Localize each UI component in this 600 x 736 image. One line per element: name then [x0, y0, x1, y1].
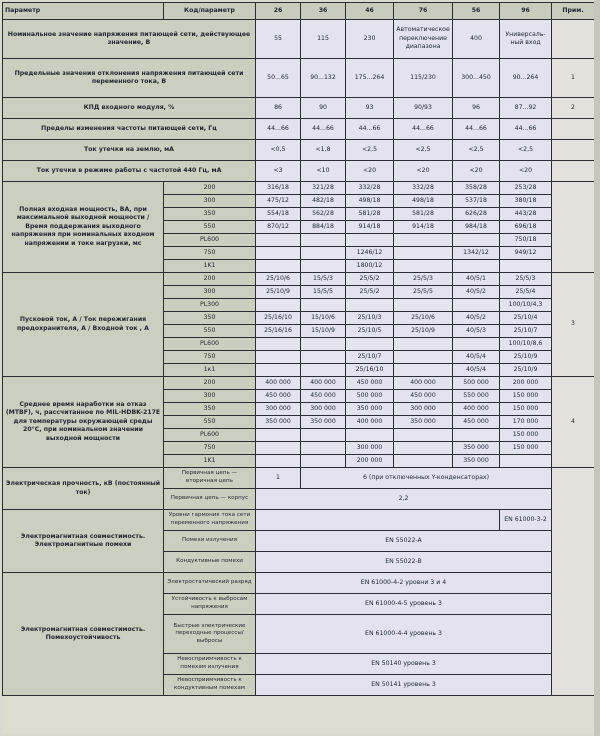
- value-cell: 25/5/4: [500, 286, 552, 299]
- value-cell: 1342/12: [453, 247, 500, 260]
- value-cell: 90...132: [301, 59, 346, 98]
- value-cell: 380/18: [500, 195, 552, 208]
- value-cell: Универсаль-ный вход: [500, 20, 552, 59]
- value-cell: 350 000: [453, 442, 500, 455]
- header-notes: Прим.: [552, 3, 595, 20]
- value-cell: 25/5/2: [346, 286, 394, 299]
- code-cell: Уровни гармоник тока сети переменного на…: [164, 510, 256, 531]
- note-cell: [552, 20, 595, 59]
- code-cell: 350: [164, 312, 256, 325]
- value-cell: 400 000: [346, 416, 394, 429]
- value-cell: <2,5: [394, 140, 453, 161]
- value-cell: 914/18: [346, 221, 394, 234]
- value-cell: 1246/12: [346, 247, 394, 260]
- value-cell: 537/18: [453, 195, 500, 208]
- value-cell: <0,5: [256, 140, 301, 161]
- value-cell: EN 61000-4-2 уровни 3 и 4: [256, 573, 552, 594]
- header-model: 76: [394, 3, 453, 20]
- value-cell: 40/5/3: [453, 325, 500, 338]
- code-cell: 300: [164, 195, 256, 208]
- value-cell: [301, 429, 346, 442]
- value-cell: [256, 510, 500, 531]
- note-cell: 3: [552, 273, 595, 377]
- value-cell: 44...66: [346, 119, 394, 140]
- value-cell: [301, 299, 346, 312]
- value-cell: 443/28: [500, 208, 552, 221]
- value-cell: [394, 455, 453, 468]
- value-cell: Автоматическое переключение диапазона: [394, 20, 453, 59]
- value-cell: [256, 260, 301, 273]
- code-cell: 200: [164, 377, 256, 390]
- value-cell: 450 000: [256, 390, 301, 403]
- code-cell: PL600: [164, 234, 256, 247]
- page-edge: [594, 0, 600, 736]
- value-cell: 300 000: [394, 403, 453, 416]
- param-label: Номинальное значение напряжения питающей…: [3, 20, 256, 59]
- value-cell: 15/5/5: [301, 286, 346, 299]
- value-cell: <1,8: [301, 140, 346, 161]
- code-cell: 1K1: [164, 455, 256, 468]
- value-cell: [394, 351, 453, 364]
- table-row: Электромагнитная совместимость. Помехоус…: [3, 573, 595, 594]
- header-model: 36: [301, 3, 346, 20]
- value-cell: 500 000: [346, 390, 394, 403]
- value-cell: 115: [301, 20, 346, 59]
- spec-sheet: ПараметрКод/параметр263646765696Прим.Ном…: [2, 2, 594, 734]
- value-cell: 300 000: [301, 403, 346, 416]
- value-cell: [394, 260, 453, 273]
- param-label: КПД входного модуля, %: [3, 98, 256, 119]
- code-cell: Первичная цепь — вторичная цепь: [164, 468, 256, 489]
- value-cell: 150 000: [500, 390, 552, 403]
- value-cell: 498/18: [394, 195, 453, 208]
- code-cell: Невосприимчивость к помехам излучения: [164, 654, 256, 675]
- value-cell: [394, 299, 453, 312]
- value-cell: EN 55022-B: [256, 552, 552, 573]
- value-cell: 86: [256, 98, 301, 119]
- value-cell: [256, 429, 301, 442]
- code-cell: 550: [164, 221, 256, 234]
- value-cell: [500, 455, 552, 468]
- value-cell: 949/12: [500, 247, 552, 260]
- value-cell: 44...66: [301, 119, 346, 140]
- table-row: Полная входная мощность, ВА, при максима…: [3, 182, 595, 195]
- value-cell: 150 000: [500, 442, 552, 455]
- header-model: 46: [346, 3, 394, 20]
- header-param: Параметр: [3, 3, 164, 20]
- value-cell: 253/28: [500, 182, 552, 195]
- note-cell: 1: [552, 59, 595, 98]
- code-cell: 750: [164, 247, 256, 260]
- value-cell: 15/5/3: [301, 273, 346, 286]
- param-label: Пределы изменения частоты питающей сети,…: [3, 119, 256, 140]
- code-cell: 300: [164, 390, 256, 403]
- code-cell: 550: [164, 416, 256, 429]
- value-cell: 44...66: [256, 119, 301, 140]
- value-cell: EN 50140 уровень 3: [256, 654, 552, 675]
- spec-table: ПараметрКод/параметр263646765696Прим.Ном…: [2, 2, 595, 696]
- header-model: 26: [256, 3, 301, 20]
- value-cell: 40/5/2: [453, 286, 500, 299]
- value-cell: [394, 234, 453, 247]
- value-cell: 44...66: [453, 119, 500, 140]
- value-cell: 1800/12: [346, 260, 394, 273]
- value-cell: 984/18: [453, 221, 500, 234]
- code-cell: Кондуктивные помехи: [164, 552, 256, 573]
- table-row: Электрическая прочность, кВ (постоянный …: [3, 468, 595, 489]
- table-row: Пусковой ток, А / Ток пережигания предох…: [3, 273, 595, 286]
- value-cell: 400 000: [394, 377, 453, 390]
- value-cell: 321/28: [301, 182, 346, 195]
- value-cell: 200 000: [346, 455, 394, 468]
- value-cell: [301, 338, 346, 351]
- code-cell: 350: [164, 208, 256, 221]
- value-cell: 884/18: [301, 221, 346, 234]
- value-cell: [301, 364, 346, 377]
- note-cell: 4: [552, 377, 595, 468]
- value-cell: 25/10/4: [500, 312, 552, 325]
- value-cell: 400 000: [256, 377, 301, 390]
- value-cell: 44...66: [394, 119, 453, 140]
- value-cell: EN 61000-4-4 уровень 3: [256, 615, 552, 654]
- value-cell: 332/28: [346, 182, 394, 195]
- value-cell: <2,5: [346, 140, 394, 161]
- table-row: Предельные значения отклонения напряжени…: [3, 59, 595, 98]
- table-row: Пределы изменения частоты питающей сети,…: [3, 119, 595, 140]
- value-cell: [453, 260, 500, 273]
- value-cell: 2,2: [256, 489, 552, 510]
- value-cell: [394, 442, 453, 455]
- value-cell: 40/5/1: [453, 273, 500, 286]
- value-cell: 581/28: [394, 208, 453, 221]
- value-cell: [453, 429, 500, 442]
- value-cell: 350 000: [453, 455, 500, 468]
- code-cell: PL600: [164, 429, 256, 442]
- value-cell: [256, 455, 301, 468]
- value-cell: [301, 247, 346, 260]
- value-cell: 6 (при отключенных Y-конденсаторах): [301, 468, 552, 489]
- header-model: 96: [500, 3, 552, 20]
- code-cell: Невосприимчивость к кондуктивным помехам: [164, 675, 256, 696]
- value-cell: 44...66: [500, 119, 552, 140]
- param-label: Предельные значения отклонения напряжени…: [3, 59, 256, 98]
- value-cell: 40/5/4: [453, 351, 500, 364]
- value-cell: 300 000: [256, 403, 301, 416]
- table-row: КПД входного модуля, %86909390/939687...…: [3, 98, 595, 119]
- note-cell: 2: [552, 98, 595, 119]
- value-cell: 500 000: [453, 377, 500, 390]
- value-cell: 25/16/10: [256, 312, 301, 325]
- param-label: Ток утечки на землю, мА: [3, 140, 256, 161]
- code-cell: 300: [164, 286, 256, 299]
- value-cell: [256, 442, 301, 455]
- value-cell: 450 000: [453, 416, 500, 429]
- table-row: Ток утечки в режиме работы с частотой 44…: [3, 161, 595, 182]
- value-cell: [256, 247, 301, 260]
- value-cell: 170 000: [500, 416, 552, 429]
- note-cell: [552, 468, 595, 696]
- value-cell: 475/12: [256, 195, 301, 208]
- value-cell: 90: [301, 98, 346, 119]
- value-cell: EN 61000-4-5 уровень 3: [256, 594, 552, 615]
- value-cell: 25/5/3: [500, 273, 552, 286]
- value-cell: 100/10/4,3: [500, 299, 552, 312]
- value-cell: 400 000: [453, 403, 500, 416]
- header-code: Код/параметр: [164, 3, 256, 20]
- value-cell: 25/5/2: [346, 273, 394, 286]
- table-row: Ток утечки на землю, мА<0,5<1,8<2,5<2,5<…: [3, 140, 595, 161]
- code-cell: 350: [164, 403, 256, 416]
- value-cell: 90/93: [394, 98, 453, 119]
- value-cell: 25/10/9: [256, 286, 301, 299]
- value-cell: 450 000: [394, 390, 453, 403]
- value-cell: 200 000: [500, 377, 552, 390]
- code-cell: PL600: [164, 338, 256, 351]
- value-cell: 358/28: [453, 182, 500, 195]
- value-cell: [301, 234, 346, 247]
- code-cell: 1K1: [164, 260, 256, 273]
- code-cell: 550: [164, 325, 256, 338]
- value-cell: 25/16/16: [256, 325, 301, 338]
- value-cell: 350 000: [301, 416, 346, 429]
- value-cell: 626/28: [453, 208, 500, 221]
- value-cell: 25/10/5: [346, 325, 394, 338]
- value-cell: 175...264: [346, 59, 394, 98]
- value-cell: 40/5/4: [453, 364, 500, 377]
- value-cell: 300...450: [453, 59, 500, 98]
- value-cell: 300 000: [346, 442, 394, 455]
- code-cell: Быстрые электрические переходные процесс…: [164, 615, 256, 654]
- note-cell: [552, 140, 595, 161]
- code-cell: PL300: [164, 299, 256, 312]
- value-cell: [301, 260, 346, 273]
- value-cell: [394, 338, 453, 351]
- value-cell: [500, 260, 552, 273]
- value-cell: 1: [256, 468, 301, 489]
- value-cell: 50...65: [256, 59, 301, 98]
- value-cell: 332/28: [394, 182, 453, 195]
- value-cell: [346, 299, 394, 312]
- value-cell: <20: [346, 161, 394, 182]
- value-cell: 696/18: [500, 221, 552, 234]
- value-cell: 870/12: [256, 221, 301, 234]
- value-cell: 115/230: [394, 59, 453, 98]
- code-cell: Устойчивость к выбросам напряжения: [164, 594, 256, 615]
- value-cell: [394, 247, 453, 260]
- code-cell: 750: [164, 442, 256, 455]
- value-cell: 15/10/6: [301, 312, 346, 325]
- value-cell: EN 50141 уровень 3: [256, 675, 552, 696]
- param-label: Пусковой ток, А / Ток пережигания предох…: [3, 273, 164, 377]
- header-model: 56: [453, 3, 500, 20]
- code-cell: Первичная цепь — корпус: [164, 489, 256, 510]
- value-cell: 450 000: [301, 390, 346, 403]
- value-cell: 25/10/9: [500, 351, 552, 364]
- value-cell: 750/18: [500, 234, 552, 247]
- value-cell: <20: [453, 161, 500, 182]
- value-cell: 15/10/9: [301, 325, 346, 338]
- value-cell: 400: [453, 20, 500, 59]
- value-cell: <2,5: [500, 140, 552, 161]
- value-cell: EN 61000-3-2: [500, 510, 552, 531]
- table-row: Электромагнитная совместимость. Электром…: [3, 510, 595, 531]
- table-row: Номинальное значение напряжения питающей…: [3, 20, 595, 59]
- table-row: Среднее время наработки на отказ (MTBF),…: [3, 377, 595, 390]
- value-cell: [301, 455, 346, 468]
- value-cell: <20: [500, 161, 552, 182]
- code-cell: 1к1: [164, 364, 256, 377]
- value-cell: 350 000: [256, 416, 301, 429]
- value-cell: [453, 234, 500, 247]
- value-cell: 150 000: [500, 403, 552, 416]
- value-cell: EN 55022-A: [256, 531, 552, 552]
- value-cell: 482/18: [301, 195, 346, 208]
- value-cell: 40/5/2: [453, 312, 500, 325]
- value-cell: [256, 364, 301, 377]
- note-cell: [552, 182, 595, 273]
- param-label: Электромагнитная совместимость. Электром…: [3, 510, 164, 573]
- value-cell: 554/18: [256, 208, 301, 221]
- value-cell: 400 000: [301, 377, 346, 390]
- value-cell: [453, 299, 500, 312]
- code-cell: Электростатический разряд: [164, 573, 256, 594]
- value-cell: 316/18: [256, 182, 301, 195]
- value-cell: 914/18: [394, 221, 453, 234]
- value-cell: <10: [301, 161, 346, 182]
- value-cell: 87...92: [500, 98, 552, 119]
- value-cell: 25/10/9: [394, 325, 453, 338]
- value-cell: [346, 429, 394, 442]
- value-cell: [394, 364, 453, 377]
- value-cell: [301, 351, 346, 364]
- value-cell: 498/18: [346, 195, 394, 208]
- code-cell: 200: [164, 273, 256, 286]
- value-cell: 350 000: [346, 403, 394, 416]
- value-cell: 25/5/5: [394, 286, 453, 299]
- param-label: Среднее время наработки на отказ (MTBF),…: [3, 377, 164, 468]
- value-cell: [256, 338, 301, 351]
- value-cell: 55: [256, 20, 301, 59]
- value-cell: 96: [453, 98, 500, 119]
- value-cell: [256, 234, 301, 247]
- header-row: ПараметрКод/параметр263646765696Прим.: [3, 3, 595, 20]
- code-cell: 200: [164, 182, 256, 195]
- value-cell: [256, 351, 301, 364]
- note-cell: [552, 161, 595, 182]
- value-cell: 450 000: [346, 377, 394, 390]
- value-cell: <2,5: [453, 140, 500, 161]
- value-cell: 25/16/10: [346, 364, 394, 377]
- value-cell: 93: [346, 98, 394, 119]
- value-cell: 90...264: [500, 59, 552, 98]
- param-label: Электрическая прочность, кВ (постоянный …: [3, 468, 164, 510]
- value-cell: 25/10/6: [394, 312, 453, 325]
- value-cell: [346, 338, 394, 351]
- value-cell: <20: [394, 161, 453, 182]
- value-cell: <3: [256, 161, 301, 182]
- code-cell: Помехи излучения: [164, 531, 256, 552]
- note-cell: [552, 119, 595, 140]
- value-cell: [301, 442, 346, 455]
- value-cell: 230: [346, 20, 394, 59]
- param-label: Электромагнитная совместимость. Помехоус…: [3, 573, 164, 696]
- value-cell: 350 000: [394, 416, 453, 429]
- value-cell: 581/28: [346, 208, 394, 221]
- value-cell: 25/10/6: [256, 273, 301, 286]
- value-cell: 25/10/7: [500, 325, 552, 338]
- value-cell: 25/5/3: [394, 273, 453, 286]
- param-label: Ток утечки в режиме работы с частотой 44…: [3, 161, 256, 182]
- value-cell: 25/10/9: [500, 364, 552, 377]
- value-cell: [394, 429, 453, 442]
- param-label: Полная входная мощность, ВА, при максима…: [3, 182, 164, 273]
- value-cell: [346, 234, 394, 247]
- value-cell: 562/28: [301, 208, 346, 221]
- value-cell: 25/10/3: [346, 312, 394, 325]
- value-cell: [453, 338, 500, 351]
- code-cell: 750: [164, 351, 256, 364]
- value-cell: 25/10/7: [346, 351, 394, 364]
- value-cell: [256, 299, 301, 312]
- value-cell: 150 000: [500, 429, 552, 442]
- value-cell: 100/10/8,6: [500, 338, 552, 351]
- value-cell: 550 000: [453, 390, 500, 403]
